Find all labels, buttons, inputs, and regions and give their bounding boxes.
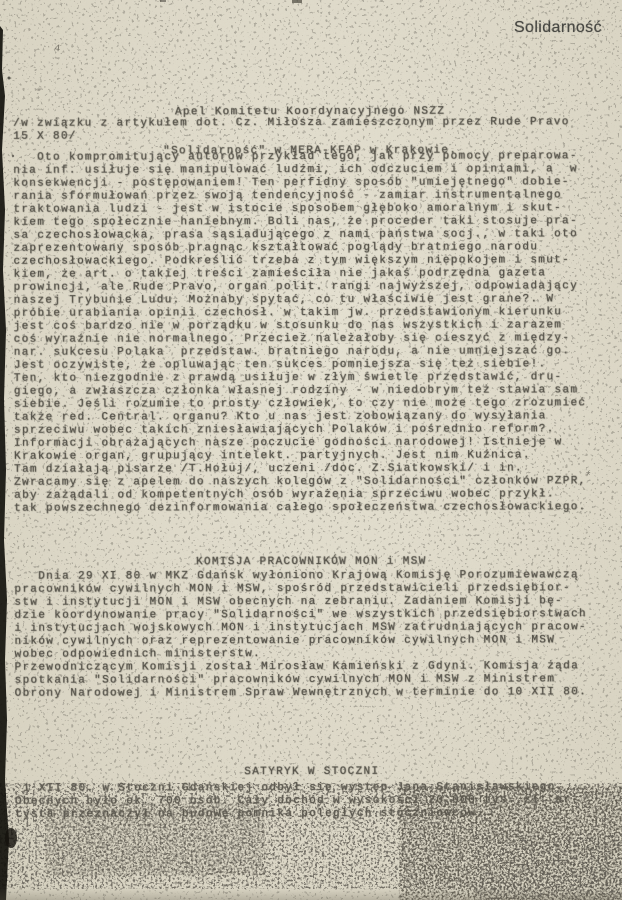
section-heading-satyryk: SATYRYK W STOCZNI (1, 765, 622, 780)
stray-ink-speck: * (36, 88, 42, 99)
document-content: Apel Komitetu Koordynacyjnego NSZZ "Soli… (0, 0, 622, 900)
stray-asterisk-mark: * (585, 471, 592, 483)
section-heading-komisja: KOMISJA PRACOWNIKÓW MON i MSW (0, 555, 622, 570)
article-body-apel: Oto kompromitujący autorów przykład tego… (13, 150, 614, 516)
scanned-document-page: Solidarność Apel Komitetu Koordynacyjneg… (0, 0, 622, 900)
section-body-komisja: Dnia 29 XI 80 w MKZ Gdańsk wyłoniono Kra… (14, 569, 614, 701)
section-body-satyryk: 1 XII 80. w Stoczni Gdańskiej odbył się … (15, 781, 615, 822)
document-subtitle: /w związku z artykułem dot. Cz. Miłosza … (13, 116, 570, 143)
